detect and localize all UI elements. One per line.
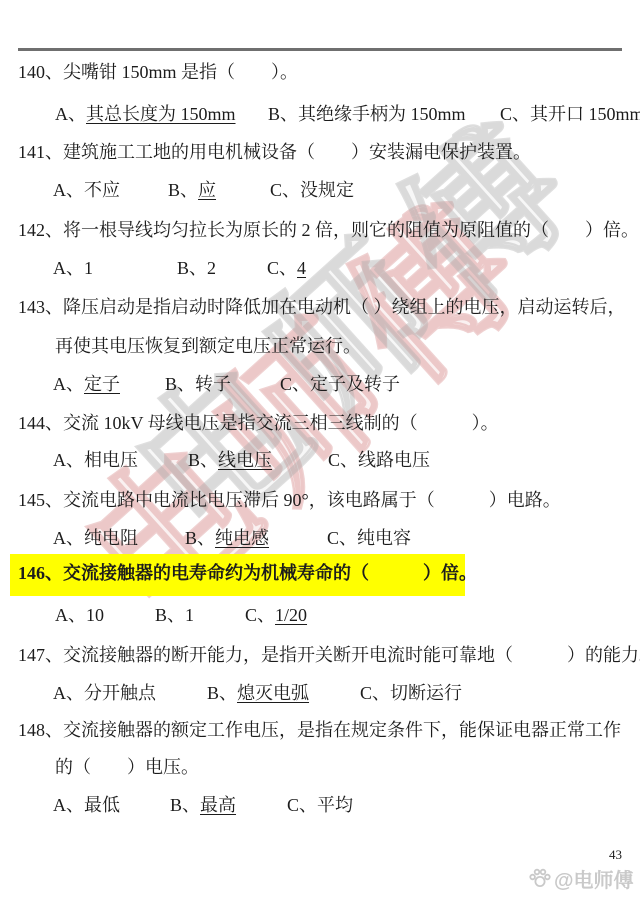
option-a: A、不应: [53, 178, 120, 202]
option-a: A、1: [53, 256, 93, 280]
question-number: 142、: [18, 220, 63, 240]
question-number: 147、: [18, 645, 63, 665]
option-text: 没规定: [300, 180, 354, 200]
option-b: B、其绝缘手柄为 150mm: [268, 102, 466, 126]
option-text: 10: [86, 605, 104, 625]
footer-watermark-text: @电师傅: [554, 864, 634, 893]
question-142-options: A、1 B、2 C、4: [0, 256, 640, 280]
question-147: 147、交流接触器的断开能力，是指开关断开电流时能可靠地（ ）的能力。: [18, 643, 640, 667]
option-label: A、: [55, 605, 86, 625]
option-a: A、最低: [53, 793, 120, 817]
option-a: A、10: [55, 603, 104, 627]
option-c: C、1/20: [245, 603, 307, 627]
question-147-options: A、分开触点 B、熄灭电弧 C、切断运行: [0, 681, 640, 705]
question-number: 145、: [18, 490, 63, 510]
option-label: B、: [207, 683, 237, 703]
option-text: 线路电压: [358, 450, 430, 470]
question-number: 141、: [18, 142, 63, 162]
exam-page: 电师傅 电师傅 140、尖嘴钳 150mm 是指（ ）。 A、其总长度为 150…: [0, 0, 640, 909]
question-143: 143、降压启动是指启动时降低加在电动机（ ）绕组上的电压，启动运转后，: [18, 295, 640, 319]
question-text: 降压启动是指启动时降低加在电动机（ ）绕组上的电压，启动运转后，: [63, 297, 626, 317]
option-text: 定子: [84, 374, 120, 394]
option-c: C、纯电容: [327, 526, 411, 550]
question-146: 146、交流接触器的电寿命约为机械寿命的（ ）倍。: [18, 561, 640, 585]
paw-icon: [528, 866, 552, 890]
option-a: A、相电压: [53, 448, 138, 472]
option-b: B、最高: [170, 793, 236, 817]
option-c: C、线路电压: [328, 448, 430, 472]
question-text: 建筑施工工地的用电机械设备（ ）安装漏电保护装置。: [63, 142, 531, 162]
option-label: A、: [53, 528, 84, 548]
option-text: 1: [84, 258, 93, 278]
option-text: 4: [297, 258, 306, 278]
question-144: 144、交流 10kV 母线电压是指交流三相三线制的（ ）。: [18, 411, 640, 435]
question-number: 144、: [18, 413, 63, 433]
option-a: A、分开触点: [53, 681, 156, 705]
option-label: C、: [327, 528, 357, 548]
question-143-line2: 再使其电压恢复到额定电压正常运行。: [55, 334, 640, 358]
option-text: 应: [198, 180, 216, 200]
option-label: C、: [270, 180, 300, 200]
question-145-options: A、纯电阻 B、纯电感 C、纯电容: [0, 526, 640, 550]
option-c: C、4: [267, 256, 306, 280]
option-label: C、: [280, 374, 310, 394]
option-label: C、: [267, 258, 297, 278]
question-142: 142、将一根导线均匀拉长为原长的 2 倍，则它的阻值为原阻值的（ ）倍。: [18, 218, 640, 242]
question-text: 交流电路中电流比电压滞后 90°，该电路属于（ ）电路。: [63, 490, 561, 510]
option-b: B、熄灭电弧: [207, 681, 309, 705]
option-label: A、: [55, 104, 86, 124]
option-c: C、定子及转子: [280, 372, 400, 396]
option-label: A、: [53, 180, 84, 200]
option-b: B、1: [155, 603, 194, 627]
option-b: B、线电压: [188, 448, 272, 472]
option-label: B、: [155, 605, 185, 625]
option-text: 最低: [84, 795, 120, 815]
question-141: 141、建筑施工工地的用电机械设备（ ）安装漏电保护装置。: [18, 140, 640, 164]
option-text: 切断运行: [390, 683, 462, 703]
question-text: 的（ ）电压。: [55, 757, 199, 777]
footer-watermark: @电师傅: [528, 864, 634, 892]
option-label: C、: [245, 605, 275, 625]
option-label: A、: [53, 450, 84, 470]
question-number: 140、: [18, 62, 63, 82]
option-c: C、平均: [287, 793, 353, 817]
option-b: B、纯电感: [185, 526, 269, 550]
question-text: 交流接触器的电寿命约为机械寿命的（ ）倍。: [63, 563, 477, 583]
option-label: B、: [165, 374, 195, 394]
question-number: 148、: [18, 720, 63, 740]
question-number: 143、: [18, 297, 63, 317]
option-a: A、纯电阻: [53, 526, 138, 550]
option-text: 相电压: [84, 450, 138, 470]
option-text: 纯电感: [215, 528, 269, 548]
option-label: B、: [188, 450, 218, 470]
page-number: 43: [560, 847, 622, 863]
option-b: B、转子: [165, 372, 231, 396]
top-rule: [18, 48, 622, 51]
question-text: 交流接触器的额定工作电压，是指在规定条件下，能保证电器正常工作: [63, 720, 621, 740]
option-label: A、: [53, 683, 84, 703]
option-a: A、其总长度为 150mm: [55, 102, 236, 126]
option-text: 2: [207, 258, 216, 278]
question-146-options: A、10 B、1 C、1/20: [0, 603, 640, 627]
option-text: 其绝缘手柄为 150mm: [298, 104, 466, 124]
option-label: A、: [53, 374, 84, 394]
option-label: B、: [168, 180, 198, 200]
option-label: C、: [328, 450, 358, 470]
option-text: 不应: [84, 180, 120, 200]
option-text: 1: [185, 605, 194, 625]
option-label: A、: [53, 258, 84, 278]
question-text: 交流 10kV 母线电压是指交流三相三线制的（ ）。: [63, 413, 499, 433]
option-text: 平均: [317, 795, 353, 815]
option-text: 分开触点: [84, 683, 156, 703]
question-141-options: A、不应 B、应 C、没规定: [0, 178, 640, 202]
option-text: 转子: [195, 374, 231, 394]
option-label: A、: [53, 795, 84, 815]
option-text: 最高: [200, 795, 236, 815]
option-label: B、: [185, 528, 215, 548]
option-c: C、切断运行: [360, 681, 462, 705]
option-a: A、定子: [53, 372, 120, 396]
option-text: 熄灭电弧: [237, 683, 309, 703]
option-label: B、: [268, 104, 298, 124]
option-label: C、: [500, 104, 530, 124]
question-144-options: A、相电压 B、线电压 C、线路电压: [0, 448, 640, 472]
question-143-options: A、定子 B、转子 C、定子及转子: [0, 372, 640, 396]
question-number: 146、: [18, 563, 63, 583]
question-140: 140、尖嘴钳 150mm 是指（ ）。: [18, 60, 640, 84]
question-148-options: A、最低 B、最高 C、平均: [0, 793, 640, 817]
question-145: 145、交流电路中电流比电压滞后 90°，该电路属于（ ）电路。: [18, 488, 640, 512]
option-label: B、: [170, 795, 200, 815]
option-text: 纯电容: [357, 528, 411, 548]
option-text: 其总长度为 150mm: [86, 104, 236, 124]
option-text: 线电压: [218, 450, 272, 470]
question-text: 将一根导线均匀拉长为原长的 2 倍，则它的阻值为原阻值的（ ）倍。: [63, 220, 639, 240]
option-text: 1/20: [275, 605, 307, 625]
option-text: 定子及转子: [310, 374, 400, 394]
question-text: 交流接触器的断开能力，是指开关断开电流时能可靠地（ ）的能力。: [63, 645, 640, 665]
option-text: 其开口 150mm: [530, 104, 640, 124]
option-label: C、: [287, 795, 317, 815]
option-c: C、其开口 150mm: [500, 102, 640, 126]
question-148-line2: 的（ ）电压。: [55, 755, 640, 779]
option-c: C、没规定: [270, 178, 354, 202]
option-b: B、应: [168, 178, 216, 202]
option-label: B、: [177, 258, 207, 278]
question-text: 再使其电压恢复到额定电压正常运行。: [55, 336, 361, 356]
option-b: B、2: [177, 256, 216, 280]
question-text: 尖嘴钳 150mm 是指（ ）。: [63, 62, 298, 82]
question-140-options: A、其总长度为 150mm B、其绝缘手柄为 150mm C、其开口 150mm: [0, 102, 640, 126]
question-148: 148、交流接触器的额定工作电压，是指在规定条件下，能保证电器正常工作: [18, 718, 640, 742]
option-label: C、: [360, 683, 390, 703]
option-text: 纯电阻: [84, 528, 138, 548]
